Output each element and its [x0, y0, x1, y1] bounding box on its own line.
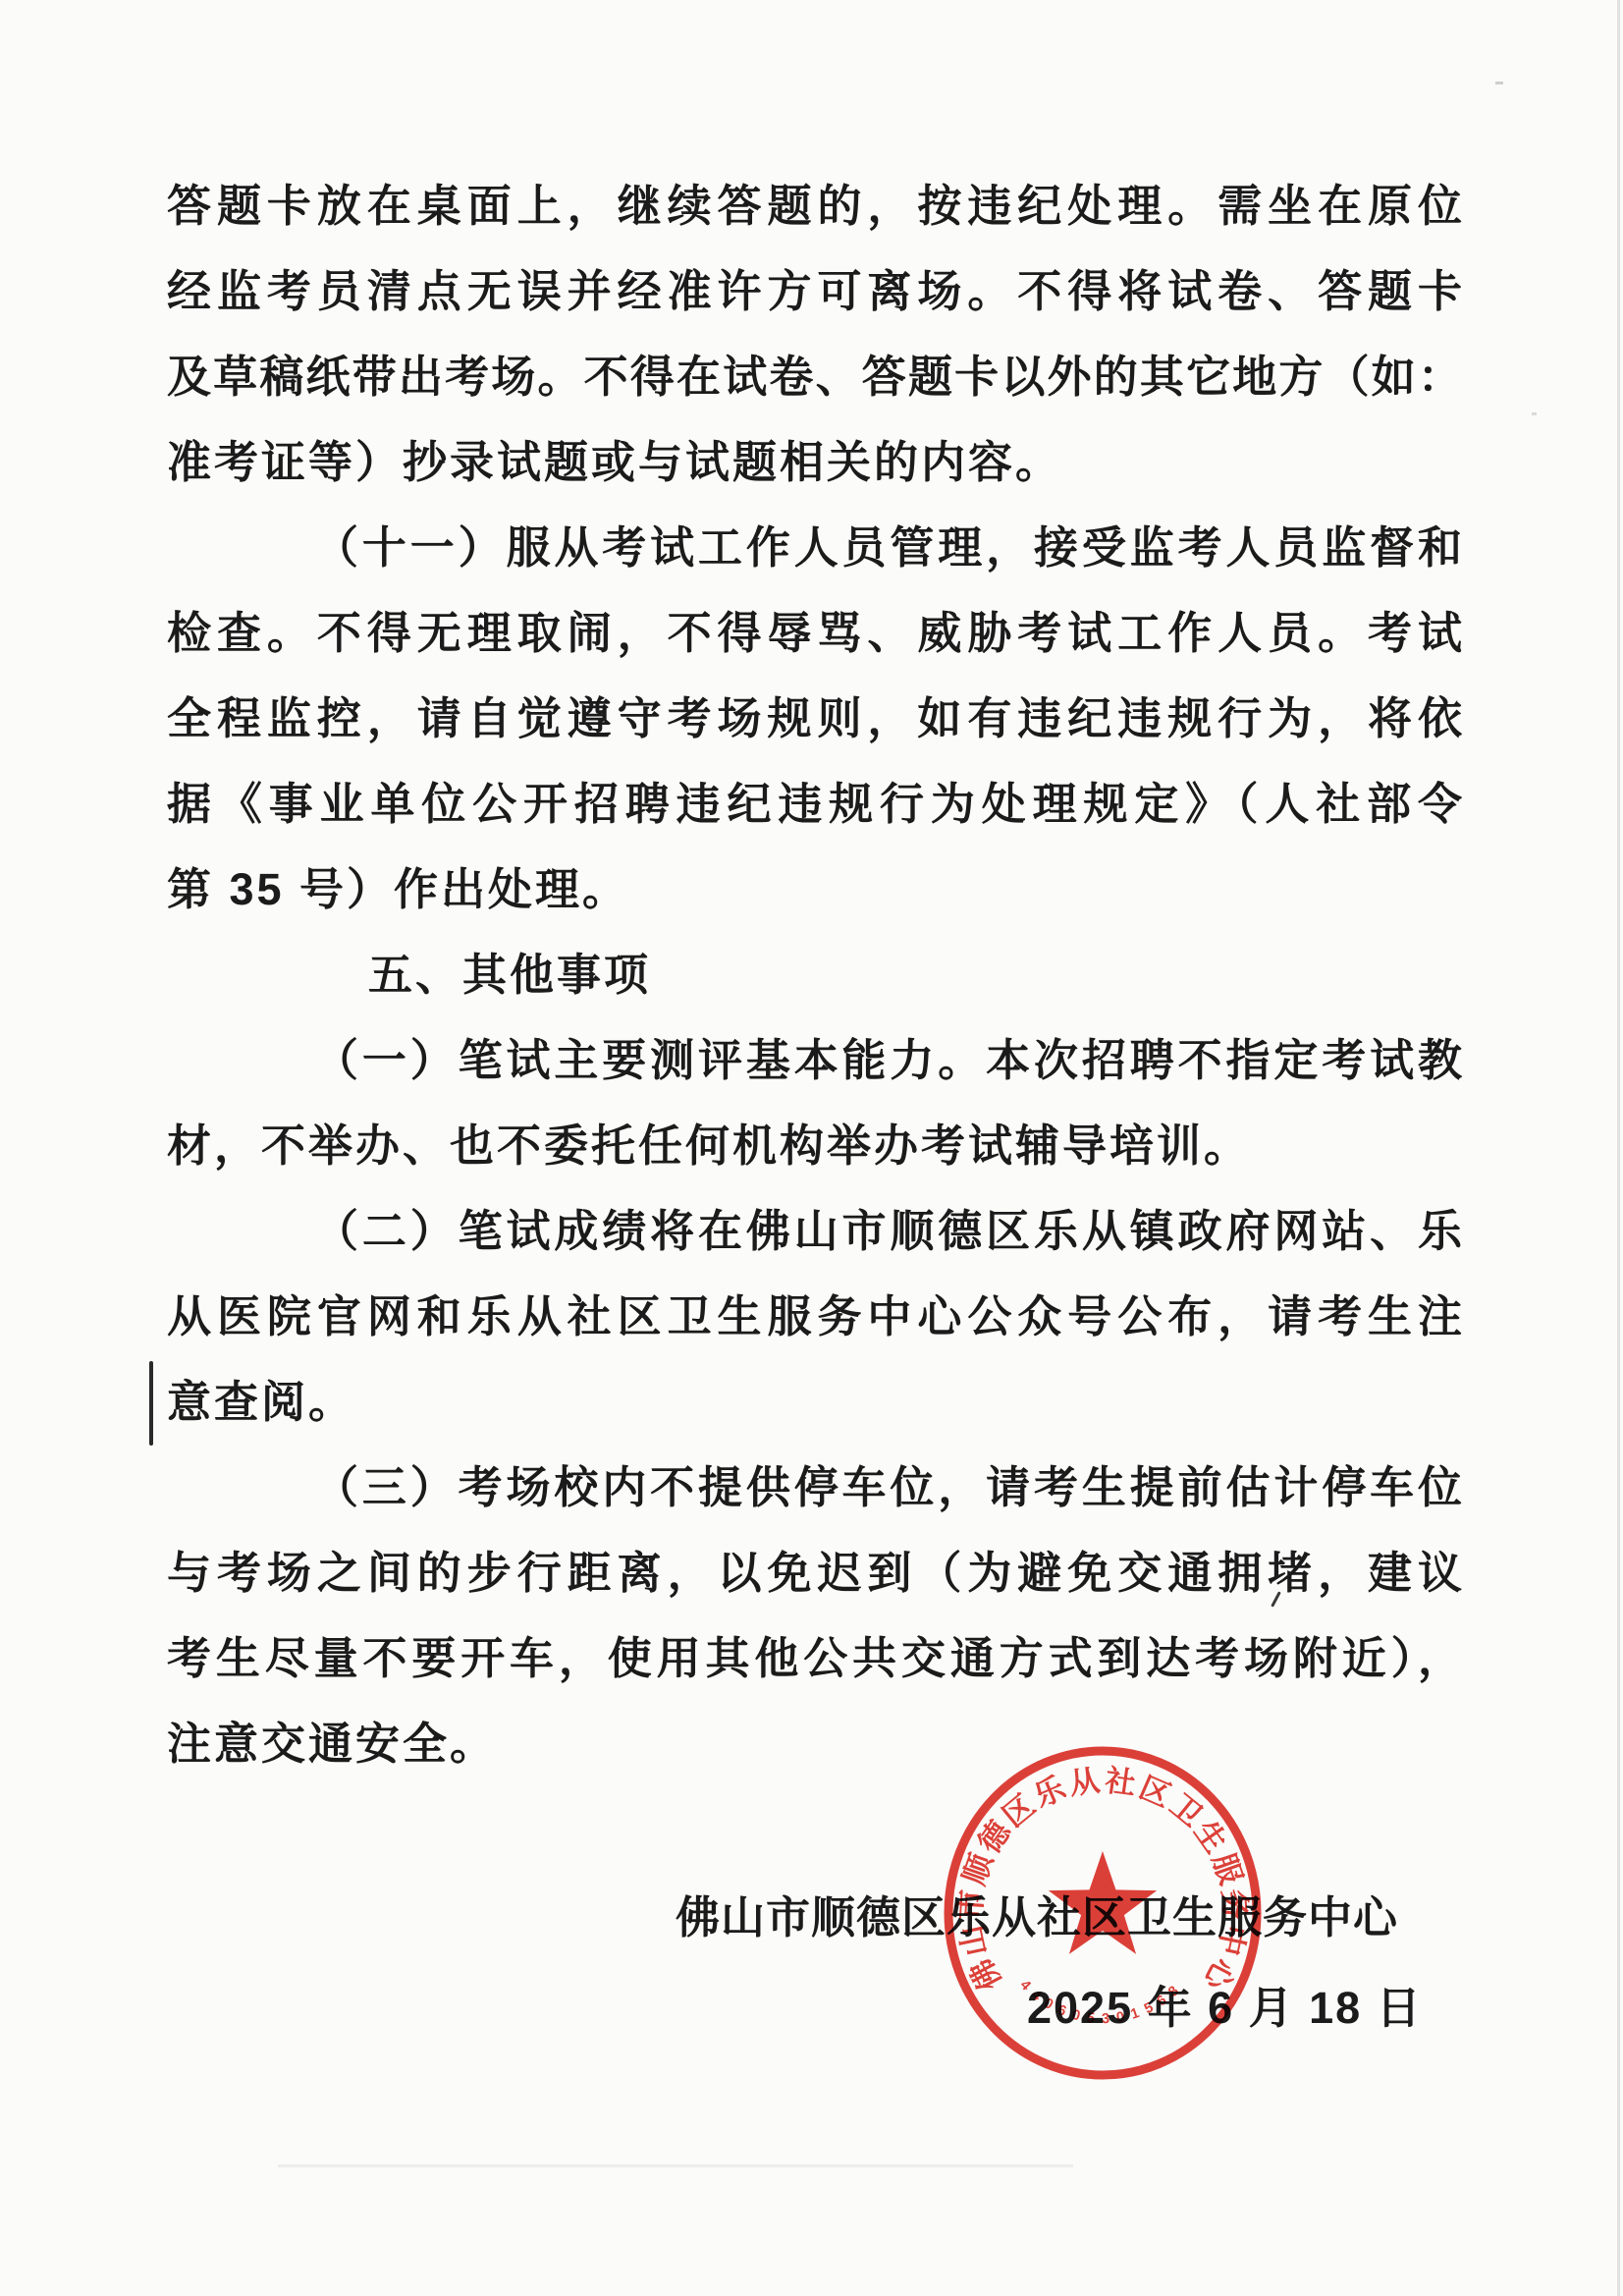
text-line: （三）考场校内不提供停车位，请考生提前估计停车位	[167, 1445, 1463, 1530]
text-line: 第 35 号）作出处理。	[167, 847, 1463, 932]
scan-artifact-streak	[278, 2164, 1073, 2167]
text-line: 意查阅。	[167, 1359, 1463, 1445]
section-heading: 五、其他事项	[167, 932, 1463, 1017]
scan-artifact-speck	[1495, 82, 1503, 84]
text-line: 及草稿纸带出考场。不得在试卷、答题卡以外的其它地方（如：	[167, 334, 1463, 419]
scan-artifact-vertical-line	[149, 1361, 153, 1446]
text-line: 答题卡放在桌面上，继续答题的，按违纪处理。需坐在原位	[167, 163, 1463, 248]
text-line: 从医院官网和乐从社区卫生服务中心公众号公布，请考生注	[167, 1274, 1463, 1359]
seal-serial-holder: 440605301568	[1017, 1977, 1185, 2027]
seal-star-icon	[1049, 1851, 1157, 1954]
scan-artifact-speck	[1532, 412, 1537, 415]
scanned-document-page: 答题卡放在桌面上，继续答题的，按违纪处理。需坐在原位 经监考员清点无误并经准许方…	[0, 0, 1623, 2296]
text-line: （一）笔试主要测评基本能力。本次招聘不指定考试教	[167, 1017, 1463, 1103]
text-line: 经监考员清点无误并经准许方可离场。不得将试卷、答题卡	[167, 248, 1463, 334]
text-line: 检查。不得无理取闹，不得辱骂、威胁考试工作人员。考试	[167, 590, 1463, 676]
text-line: 材，不举办、也不委托任何机构举办考试辅导培训。	[167, 1103, 1463, 1188]
text-line: 据《事业单位公开招聘违纪违规行为处理规定》（人社部令	[167, 761, 1463, 847]
official-seal: 佛山市顺德区乐从社区卫生服务中心 440605301568	[933, 1741, 1272, 2085]
text-line: 准考证等）抄录试题或与试题相关的内容。	[167, 419, 1463, 505]
text-line: （十一）服从考试工作人员管理，接受监考人员监督和	[167, 505, 1463, 590]
document-body: 答题卡放在桌面上，继续答题的，按违纪处理。需坐在原位 经监考员清点无误并经准许方…	[167, 163, 1463, 1786]
scan-artifact-page-edge	[1617, 0, 1620, 2296]
text-line: 考生尽量不要开车，使用其他公共交通方式到达考场附近），	[167, 1615, 1463, 1701]
text-line: 全程监控，请自觉遵守考场规则，如有违纪违规行为，将依	[167, 676, 1463, 761]
text-line: 与考场之间的步行距离，以免迟到（为避免交通拥堵，建议	[167, 1530, 1463, 1615]
text-line: （二）笔试成绩将在佛山市顺德区乐从镇政府网站、乐	[167, 1188, 1463, 1274]
seal-serial-number: 440605301568	[1017, 1977, 1185, 2027]
